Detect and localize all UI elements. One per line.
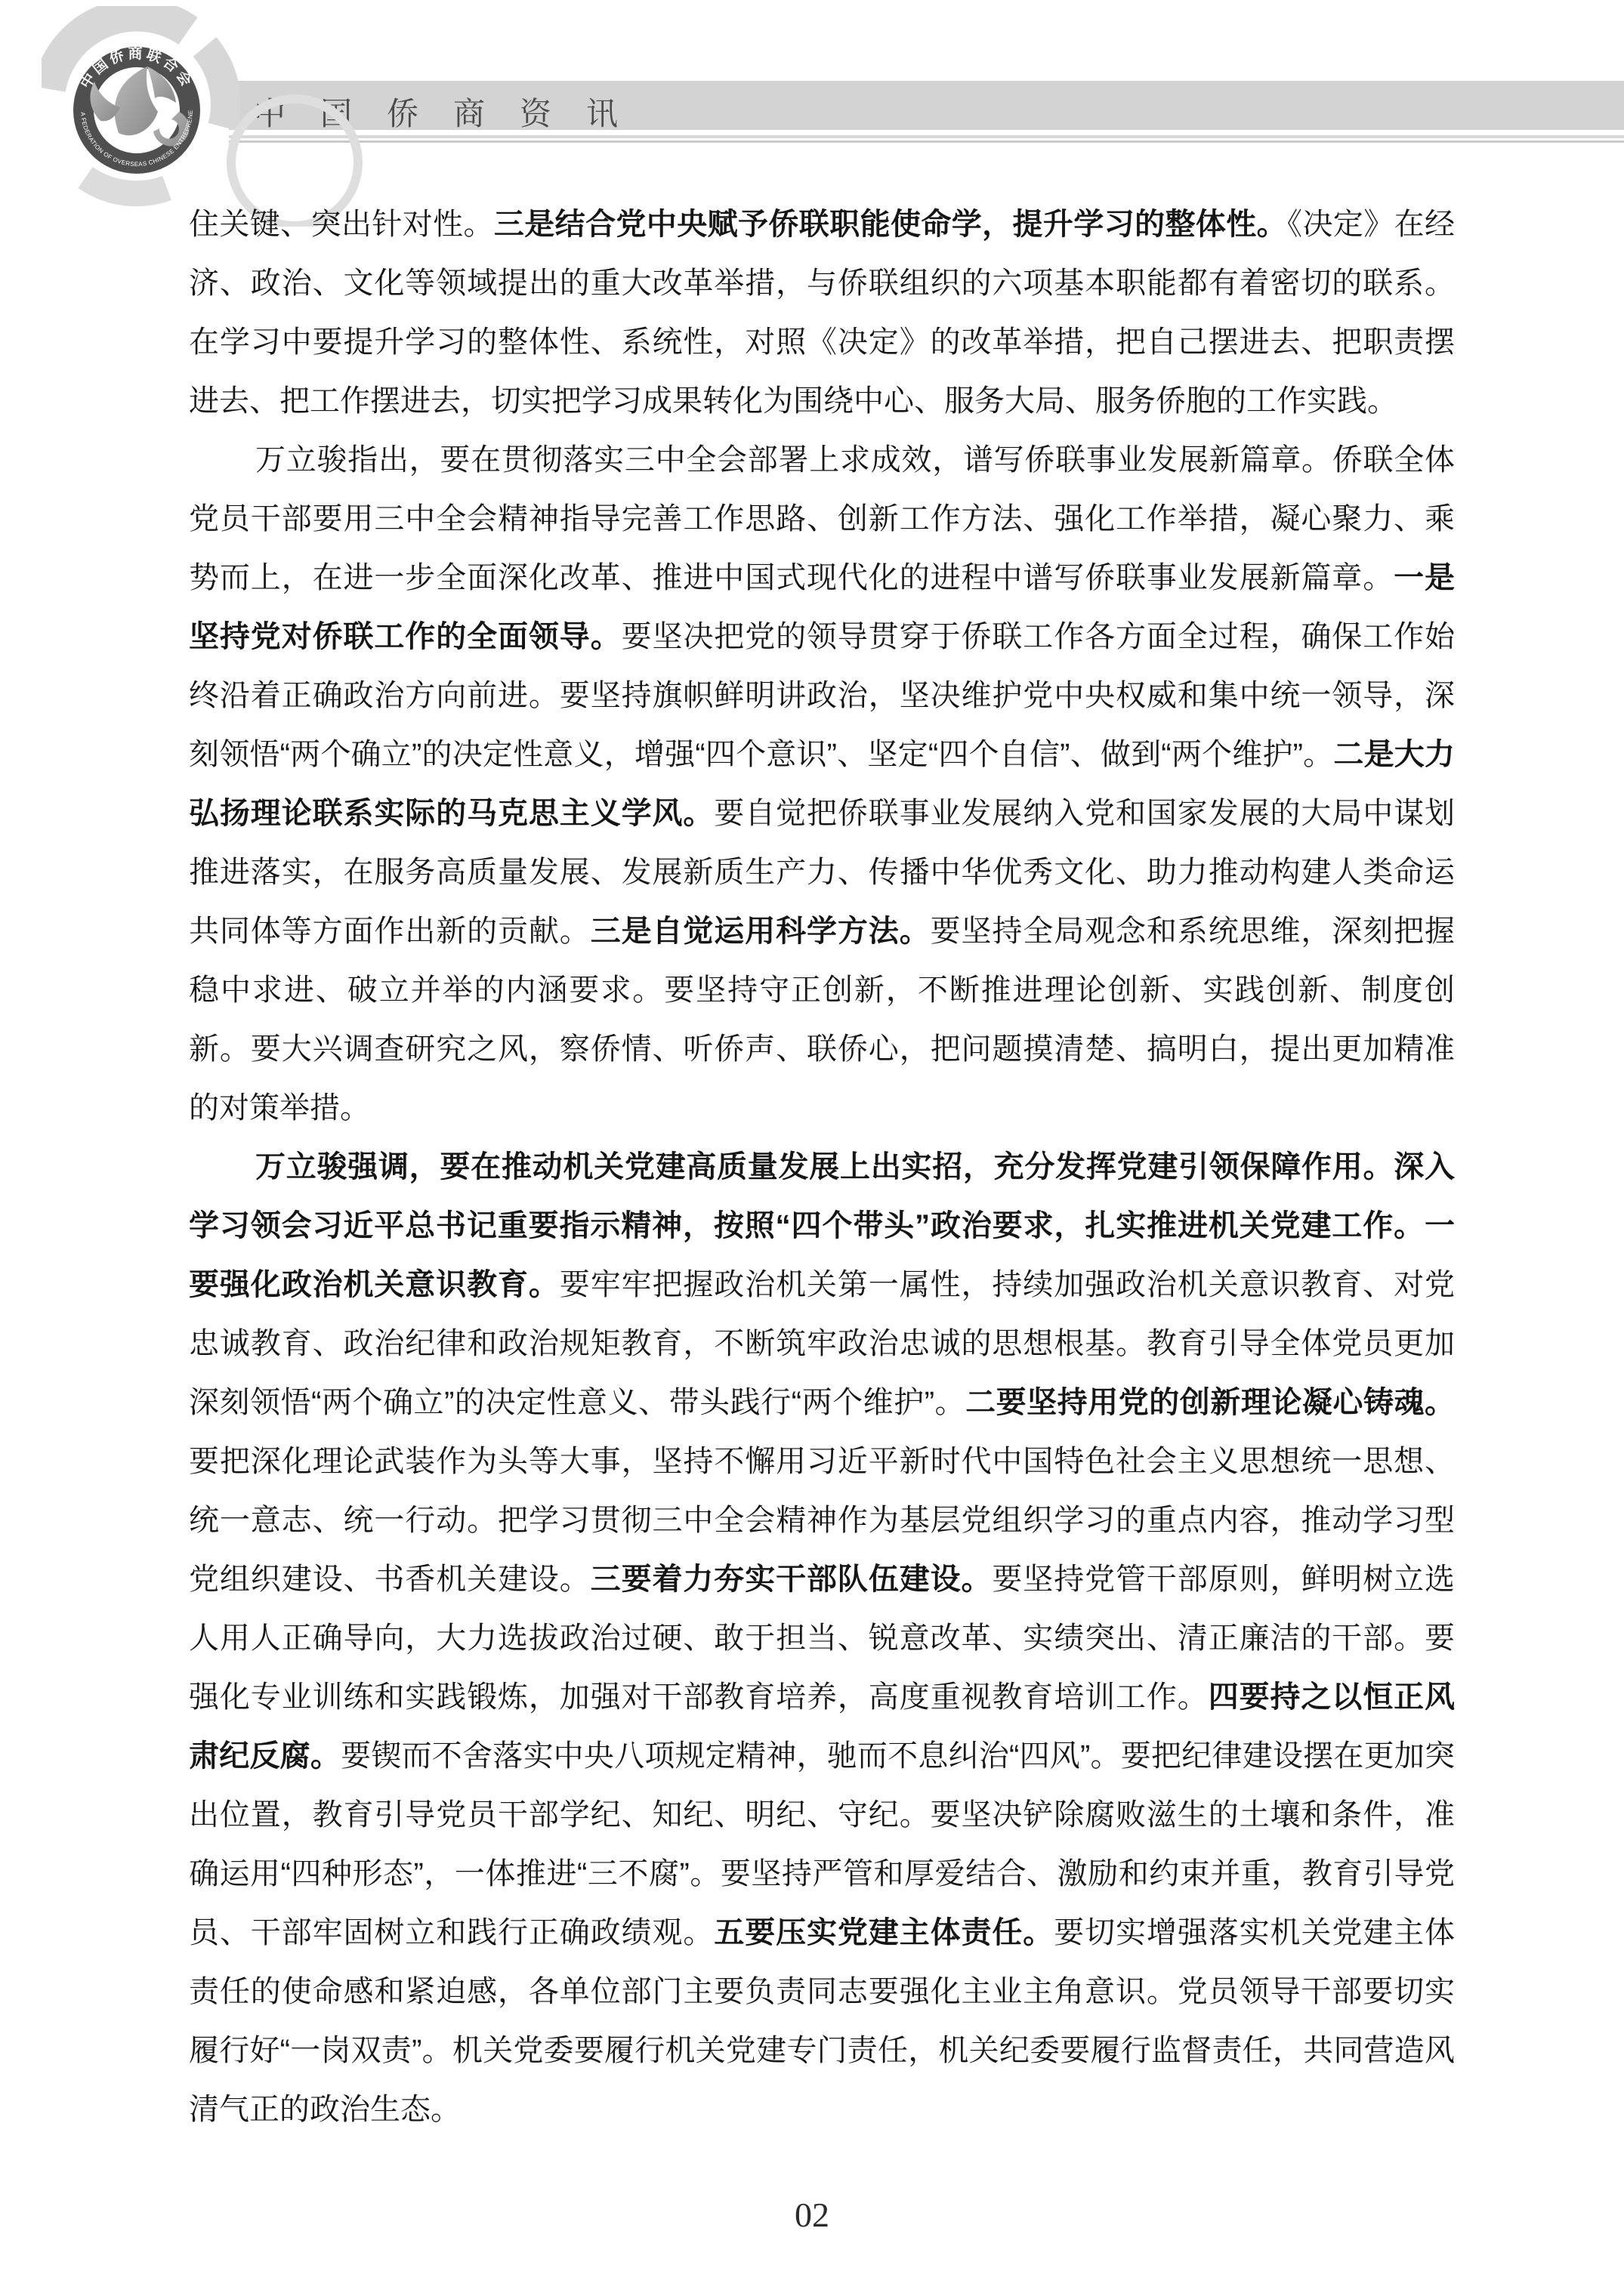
bold-emphasis-text: 三是结合党中央赋予侨联职能使命学，提升学习的整体性。 (494, 208, 1287, 241)
bold-emphasis-text: 三是自觉运用科学方法。 (591, 915, 931, 948)
article-paragraph: 住关键、突出针对性。三是结合党中央赋予侨联职能使命学，提升学习的整体性。《决定》… (189, 195, 1455, 431)
logo-swirl-right (205, 47, 226, 127)
article-body: 住关键、突出针对性。三是结合党中央赋予侨联职能使命学，提升学习的整体性。《决定》… (189, 195, 1455, 2139)
federation-logo-icon: 中国侨商联合会 CHINA FEDERATION OF OVERSEAS CHI… (42, 6, 366, 227)
bold-emphasis-text: 五要压实党建主体责任。 (714, 1916, 1054, 1949)
document-page: { "header": { "banner_title": "中国侨商资讯", … (0, 0, 1624, 2293)
body-text: 万立骏指出，要在贯彻落实三中全会部署上求成效，谱写侨联事业发展新篇章。侨联全体党… (189, 443, 1455, 594)
body-text: 住关键、突出针对性。 (189, 208, 494, 241)
header-divider-line-top (229, 135, 1624, 138)
logo-swirl-bottom (85, 177, 167, 193)
article-paragraph: 万立骏强调，要在推动机关党建高质量发展上出实招，充分发挥党建引领保障作用。深入学… (189, 1137, 1455, 2139)
bold-emphasis-text: 三要着力夯实干部队伍建设。 (591, 1563, 993, 1596)
page-number: 02 (0, 2195, 1624, 2235)
federation-logo: 中国侨商联合会 CHINA FEDERATION OF OVERSEAS CHI… (42, 6, 366, 227)
header-divider-line-bottom (229, 140, 1624, 143)
bold-emphasis-text: 二要坚持用党的创新理论凝心铸魂。 (965, 1386, 1455, 1419)
article-paragraph: 万立骏指出，要在贯彻落实三中全会部署上求成效，谱写侨联事业发展新篇章。侨联全体党… (189, 431, 1455, 1137)
